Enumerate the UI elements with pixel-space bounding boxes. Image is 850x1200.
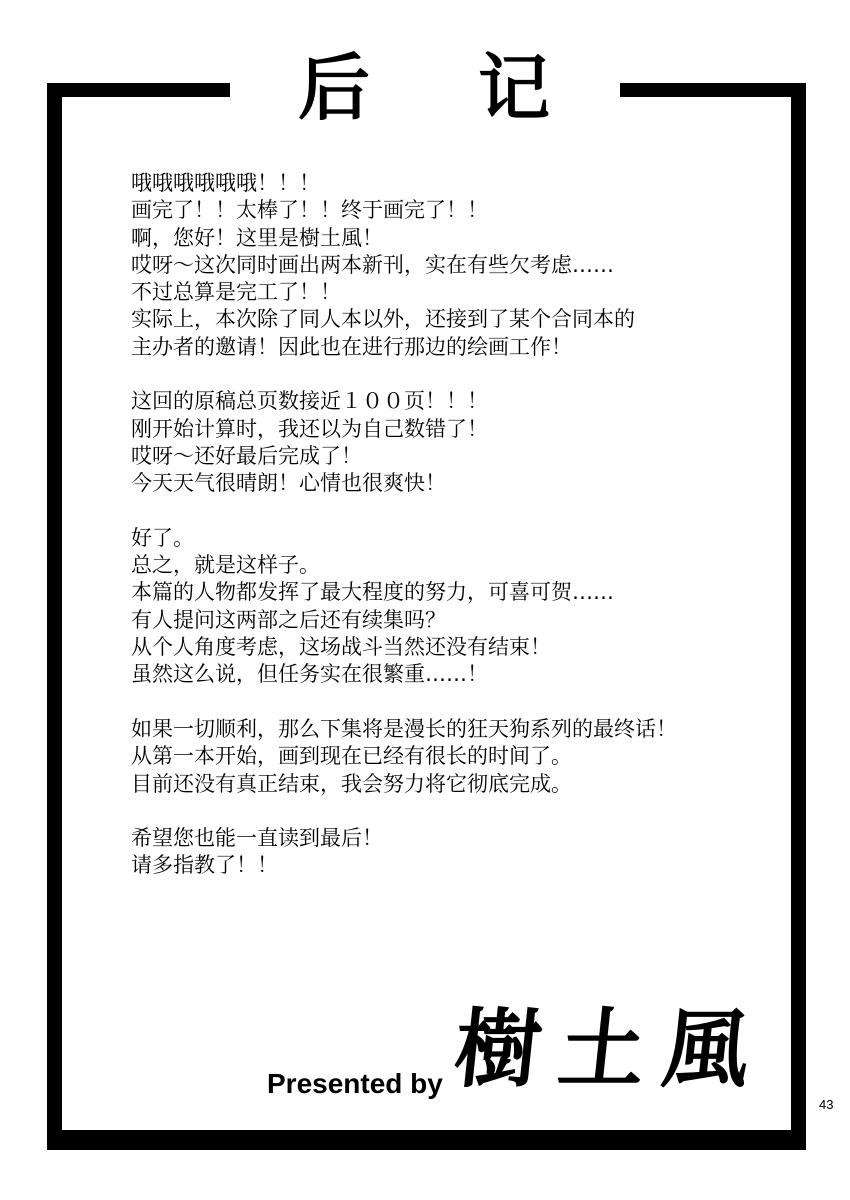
frame-right-bar [791,83,806,1150]
text-line: 刚开始计算时，我还以为自己数错了！ [131,416,771,443]
paragraph-4: 如果一切顺利，那么下集将是漫长的狂天狗系列的最终话！ 从第一本开始，画到现在已经… [131,716,771,798]
text-line: 从个人角度考虑，这场战斗当然还没有结束！ [131,634,771,661]
frame-top-left-bar [47,83,230,97]
text-line: 总之，就是这样子。 [131,552,771,579]
text-line: 有人提问这两部之后还有续集吗？ [131,607,771,634]
text-line: 哎呀～还好最后完成了！ [131,443,771,470]
frame-left-bar [47,83,62,1150]
paragraph-gap [131,361,771,388]
text-line: 画完了！！太棒了！！终于画完了！！ [131,197,771,224]
paragraph-1: 哦哦哦哦哦哦！！！ 画完了！！太棒了！！终于画完了！！ 啊，您好！这里是樹土風！… [131,170,771,361]
text-line: 目前还没有真正结束，我会努力将它彻底完成。 [131,771,771,798]
paragraph-gap [131,498,771,525]
text-line: 请多指教了！！ [131,852,771,879]
paragraph-5: 希望您也能一直读到最后！ 请多指教了！！ [131,825,771,880]
presented-by-label: Presented by [267,1067,443,1101]
text-line: 这回的原稿总页数接近１００页！！！ [131,388,771,415]
text-line: 如果一切顺利，那么下集将是漫长的狂天狗系列的最终话！ [131,716,771,743]
paragraph-gap [131,689,771,716]
afterword-body: 哦哦哦哦哦哦！！！ 画完了！！太棒了！！终于画完了！！ 啊，您好！这里是樹土風！… [131,170,771,880]
text-line: 好了。 [131,525,771,552]
frame-bottom-bar [47,1130,806,1150]
text-line: 希望您也能一直读到最后！ [131,825,771,852]
author-signature: 樹土風 [450,1000,773,1100]
text-line: 不过总算是完工了！！ [131,279,771,306]
text-line: 哦哦哦哦哦哦！！！ [131,170,771,197]
paragraph-gap [131,798,771,825]
frame-top-right-bar [620,83,806,97]
text-line: 虽然这么说，但任务实在很繁重……！ [131,661,771,688]
paragraph-3: 好了。 总之，就是这样子。 本篇的人物都发挥了最大程度的努力，可喜可贺…… 有人… [131,525,771,689]
text-line: 哎呀～这次同时画出两本新刊，实在有些欠考虑…… [131,252,771,279]
text-line: 今天天气很晴朗！心情也很爽快！ [131,470,771,497]
text-line: 实际上，本次除了同人本以外，还接到了某个合同本的 [131,306,771,333]
text-line: 主办者的邀请！因此也在进行那边的绘画工作！ [131,334,771,361]
text-line: 啊，您好！这里是樹土風！ [131,225,771,252]
text-line: 从第一本开始，画到现在已经有很长的时间了。 [131,743,771,770]
paragraph-2: 这回的原稿总页数接近１００页！！！ 刚开始计算时，我还以为自己数错了！ 哎呀～还… [131,388,771,497]
text-line: 本篇的人物都发挥了最大程度的努力，可喜可贺…… [131,579,771,606]
page-number: 43 [819,1097,833,1113]
page-title-char-1: 后 [298,48,370,128]
page-title-char-2: 记 [478,48,550,128]
